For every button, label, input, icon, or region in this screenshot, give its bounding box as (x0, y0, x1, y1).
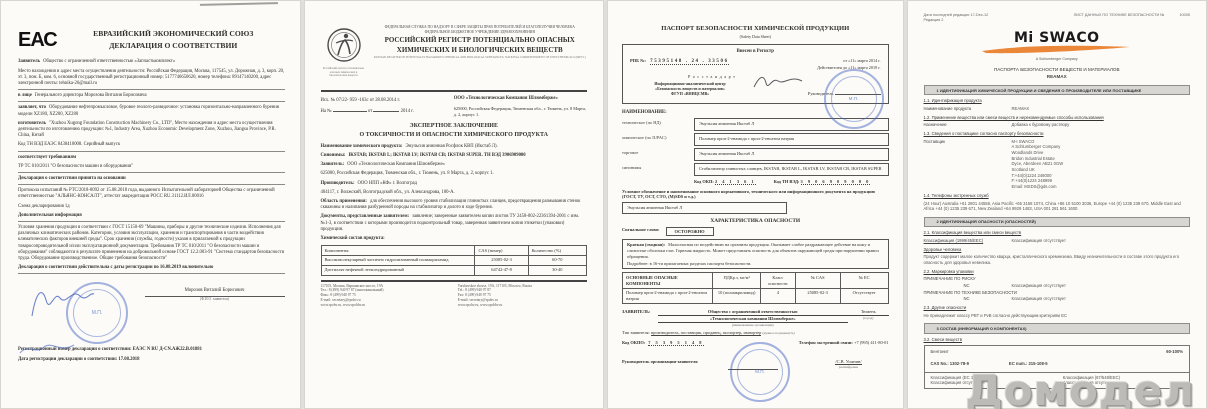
registration-number-line: Регистрационный номер декларации о соотв… (18, 347, 285, 353)
miswaco-logo: Mi SWACO A Schlumberger Company (924, 29, 1191, 61)
component-name: Бентонит (931, 349, 949, 355)
composition-table: Компоненты: CAS (номер) Количество (%) В… (321, 245, 588, 275)
codes-row: Код ОКП: 2 4 1 3 6 1 Код ТН ВЭД: 3 9 0 6… (694, 179, 889, 185)
naming-row: торговое Эмульсия анионная Икстаб Л (622, 148, 889, 161)
center-name-3: ФГУП «ВНИЦСМВ» (630, 91, 750, 96)
scan-artifact-line (199, 2, 277, 13)
globe-figure-icon (326, 27, 362, 63)
miswaco-msds-page: Дата последней редакции 17-Dec-12 Редакц… (907, 0, 1207, 409)
supplier-row: Поставщик M-I SWACO A Schlumberger Compa… (924, 139, 1191, 190)
blank-line (333, 106, 367, 112)
incoming-ref: На № от 2014 г. (321, 106, 444, 117)
table-row: Высокомолекулярный частично гидролизован… (321, 255, 587, 265)
applicant-block: ЗАЯВИТЕЛЬ: Общество с ограниченной ответ… (622, 309, 889, 327)
rpb-from-date: от «11» марта 2014 г. (791, 58, 881, 65)
registration-date-line: Дата регистрации декларации о соответств… (18, 357, 285, 363)
signer-name: Морозов Виталий Борисович (145, 288, 285, 296)
emergency-phone: +7 (995) 411-80-01 (854, 340, 889, 345)
applicant-address: Место нахождения и адрес места осуществл… (18, 69, 285, 91)
synonyms-value: IKSTAB; IKSTAB L; IKSTAB LV; IKSTAB CB; … (348, 153, 525, 158)
register-box: Внесен в Регистр РПБ №: 75395148 . 24 . … (622, 44, 889, 104)
basis-label: Декларация о соответствии принята на осн… (18, 176, 285, 185)
blank-line (373, 106, 399, 112)
incoming-mid: от (368, 109, 372, 114)
other-hazards: Не принадлежит классу PBT и PvB согласно… (924, 313, 1191, 319)
signing-block: Код ОКПО:7 5 3 9 5 1 4 8 Телефон экстрен… (622, 340, 889, 398)
register-name-en: RUSSIAN REGISTER OF POTENTIALLY HAZARDOU… (373, 56, 588, 60)
applicant-name-1: Общество с ограниченной ответственностью (658, 309, 848, 316)
declaration-header: ЕАС ЕВРАЗИЙСКИЙ ЭКОНОМИЧЕСКИЙ СОЮЗ ДЕКЛА… (18, 27, 285, 53)
emergency-phone-label: Телефон экстренной связи: (799, 340, 853, 345)
naming-row: химическое (по IUPAC) Полимер проп-2-ена… (622, 133, 889, 146)
rpb-label: РПБ №: (630, 58, 646, 63)
table-row: Полимер проп-2-енамида с проп-2-еноатом … (623, 288, 889, 303)
applicant-type-label: Тип заявителя: (622, 330, 650, 335)
register-name-2: ХИМИЧЕСКИХ И БИОЛОГИЧЕСКИХ ВЕЩЕСТВ (373, 46, 588, 55)
section-1-2: 1.2. Применение вещества или смеси вещес… (924, 115, 1191, 121)
col-class: Класс опасности (761, 273, 796, 288)
head-signature (751, 71, 805, 93)
conclusion-title-1: ЭКСПЕРТНОЕ ЗАКЛЮЧЕНИЕ (321, 122, 588, 131)
blue-scribble (18, 341, 78, 357)
signal-word-row: Сигнальное слово: ОСТОРОЖНО (622, 227, 889, 237)
section-2-bar: 2 ИДЕНТИФИКАЦИЯ ОПАСНОСТИ (ОПАСНОСТЕЙ) (924, 217, 1191, 227)
sheet-meta: Дата последней редакции 17-Dec-12 Редакц… (924, 13, 1191, 23)
component-cas: 25085-02-3 (475, 255, 528, 265)
component-name: Дистиллят нефтяной легкогидрированный (321, 265, 475, 275)
naming-row-value: Полимер проп-2-енамида с проп-2-еноатом … (694, 133, 889, 146)
round-stamp: М.П. (824, 69, 884, 129)
footer-web-ru: www.rpohv.ru, www.rpohbv.ru (321, 303, 450, 308)
basis-value: Протокола испытаний № РТС/2018-0092 от 1… (18, 188, 285, 200)
purpose-value: Добавка к буровому раствору (1012, 122, 1191, 128)
brief-label: Краткая (сводная): (627, 242, 665, 247)
in-person-value: Генерального директора Морозова Виталия … (35, 93, 147, 98)
hazard-title: ХАРАКТЕРИСТИКА ОПАСНОСТИ (622, 218, 889, 225)
incoming-year: 2014 г. (401, 109, 414, 114)
round-stamp: М.П. (730, 342, 790, 402)
city-caption: (город) (848, 316, 889, 320)
signal-word-value: ОСТОРОЖНО (666, 227, 714, 237)
passport-subtitle: (Safety Data Sheet) (622, 34, 889, 39)
product-name-value: Эмульсия анионная Росфлок КВП (Икстаб Л)… (405, 144, 497, 149)
scope-label: Область применения: (321, 199, 367, 204)
applicant-label: Заявитель: (321, 162, 345, 167)
component-qty: 60-70 (528, 255, 586, 265)
schlumberger-tagline: A Schlumberger Company (924, 57, 1191, 62)
classification-value: Классификация отсутствует (1012, 238, 1191, 244)
applicant-caption: (наименование организации) (658, 323, 848, 327)
conforms-value: ТР ТС 010/2011 "О безопасности машин и о… (18, 164, 285, 173)
manufacturer-value: "Xuzhou Xugong Foundation Construction M… (18, 121, 276, 138)
component-cas: CAS No.: 1302-78-9 (931, 361, 969, 367)
entered-in-register: Внесен в Регистр (630, 49, 881, 55)
safety-note-row: NC Классификация отсутствует (924, 296, 1191, 302)
scope-line: Область применения:для обеспечения высок… (321, 199, 588, 211)
naming-row: синонимы Стабилизатор глинистых сланцев,… (622, 163, 889, 176)
applicant-city: Тюмень (848, 309, 889, 316)
safety-nc: NC (924, 296, 1012, 302)
product-name-row: Наименование продукта REAMAX (924, 106, 1191, 112)
synonyms-label: Синонимы: (321, 153, 346, 158)
emergency-phones: (24 Hour) Australia +61 2801 44558, Asia… (924, 201, 1191, 212)
table-row: Дистиллят нефтяной легкогидрированный 64… (321, 265, 587, 275)
normative-doc-value: Эмульсия анионная Икстаб Л (622, 202, 787, 214)
product-label: Наименование продукта (924, 106, 1012, 112)
section-1-4: 1.4. Телефоны экстренных служб (924, 193, 1191, 199)
revision-number: Редакция 2 (924, 18, 989, 23)
manufacturer-label: изготовитель (18, 121, 46, 126)
safety-note-label: ПРИМЕЧАНИЕ ПО ТЕХНИКЕ БЕЗОПАСНОСТИ (924, 290, 1191, 296)
applicant-label: Заявитель (18, 59, 40, 64)
eaeu-declaration-page: ЕАС ЕВРАЗИЙСКИЙ ЭКОНОМИЧЕСКИЙ СОЮЗ ДЕКЛА… (0, 0, 301, 409)
tnved-label: Код ТН ВЭД: (774, 179, 800, 184)
health-label: Здоровье человека (924, 247, 1191, 253)
classification-label: Классификация (1999/45/EEC) (924, 238, 1012, 244)
applicant-type-value: производитель, поставщик, продавец, эксп… (651, 330, 761, 336)
applicant-type-caption: (нужное подчеркнуть) (762, 331, 794, 335)
hazard-component: Полимер проп-2-енамида с проп-2-еноатом … (623, 288, 713, 303)
divider (321, 90, 588, 92)
incoming-prefix: На № (321, 109, 332, 114)
naming-row-label: химическое (по IUPAC) (622, 133, 694, 146)
supplier-address-block: M-I SWACO A Schlumberger Company Woodlan… (1012, 139, 1191, 190)
footer-web-en: www.rpohv.ru, www.rpohbv.ru (458, 303, 587, 308)
applicant-line: Заявитель:ООО «Технологическая Компания … (321, 162, 588, 168)
product-value: REAMAX (1012, 106, 1191, 112)
passport-title: ПАСПОРТ БЕЗОПАСНОСТИ ХИМИЧЕСКОЙ ПРОДУКЦИ… (622, 25, 889, 34)
agency-line2: ФЕДЕРАЛЬНОЕ БЮДЖЕТНОЕ УЧРЕЖДЕНИЕ ЗДРАВОО… (373, 30, 588, 35)
col-pdk: ПДКр.з, мг/м³ (713, 273, 761, 288)
safety-value: Классификация отсутствует (1012, 296, 1066, 302)
documents-line: Документы, представленные заявителем:зая… (321, 214, 588, 233)
tnved-code-line: Код ТН ВЭД ЕАЭС 8430410008. Серийный вып… (18, 142, 285, 151)
synonyms-line: Синонимы:IKSTAB; IKSTAB L; IKSTAB LV; IK… (321, 153, 588, 159)
conclusion-title-2: О ТОКСИЧНОСТИ И ОПАСНОСТИ ХИМИЧЕСКОГО ПР… (321, 131, 588, 140)
producer-value: ООО НПП «КФ» г. Волгоград (358, 181, 418, 186)
head-caption: расшифровка (808, 365, 888, 369)
section-2-3: 2.3. Другие опасности (924, 305, 1191, 311)
applicant-value: ООО «Технологическая Компания Шлюмберже» (347, 162, 445, 167)
eac-logo: ЕАС (18, 27, 62, 53)
applicant-type-row: Тип заявителя: производитель, поставщик,… (622, 330, 889, 336)
product-name-line: Наименование химического продукта:Эмульс… (321, 144, 588, 150)
union-title: ЕВРАЗИЙСКИЙ ЭКОНОМИЧЕСКИЙ СОЮЗ (62, 28, 285, 40)
msds-title: ПАСПОРТА БЕЗОПАСНОСТИ ВЕЩЕСТВ И МАТЕРИАЛ… (924, 67, 1191, 73)
col-cas: CAS (номер) (475, 246, 528, 256)
addressee-name: ООО «Технологическая Компания Шлюмберже» (454, 96, 587, 102)
okpo-label: Код ОКПО: (622, 340, 645, 345)
col-quantity: Количество (%) (528, 246, 586, 256)
section-2-2: 2.2. Маркировка упаковки (924, 269, 1191, 275)
okp-code: 2 4 1 3 6 1 (715, 179, 756, 185)
risk-note-row: NC Классификация отсутствует (924, 283, 1191, 289)
declares-value: Оборудование нефтепромысловое, буровое г… (18, 105, 279, 116)
product-name-label: Наименование химического продукта: (321, 144, 403, 149)
orange-swoosh-icon (982, 45, 1132, 54)
extra-info-text: Условия хранения продукции в соответстви… (18, 225, 285, 262)
head-of-applicant-label: Руководитель организации-заявителя (622, 359, 698, 370)
section-2-1: 2.1. Классификация вещества или смеси ве… (924, 230, 1191, 236)
naming-row-value: Стабилизатор глинистых сланцев, IKSTAB, … (694, 163, 889, 176)
stamp-text: М.П. (849, 96, 859, 102)
hazard-class: 4 (761, 288, 796, 303)
addressee-address: 625000, Российская Федерация, Тюменская … (454, 106, 587, 117)
classification-row: Классификация (1999/45/EEC) Классификаци… (924, 238, 1191, 244)
purpose-row: Назначение Добавка к буровому раствору (924, 122, 1191, 128)
producer-line: Производитель:ООО НПП «КФ» г. Волгоград (321, 181, 588, 187)
okpo-code: 7 5 3 9 5 1 4 8 (648, 340, 703, 346)
sheet-number-label: ЛИСТ ДАННЫХ ПО ТЕХНИКЕ БЕЗОПАСНОСТИ № (1074, 13, 1165, 17)
scheme-line: Схема декларирования 1д (18, 204, 285, 210)
blank-line (728, 364, 778, 370)
applicant-address: 625000, Российская Федерация, Тюменская … (321, 171, 588, 177)
naming-row-label: синонимы (622, 163, 694, 176)
extra-info-label: Дополнительная информация (18, 213, 285, 222)
applicant-line: ЗаявительОбщество с ограниченной ответст… (18, 59, 285, 65)
naming-row-label: техническое (по НД) (622, 118, 694, 131)
msds-product: REAMAX (924, 74, 1191, 80)
declares-line: заявляет, чтоОборудование нефтепромыслов… (18, 105, 285, 117)
normative-doc-label: Условное обозначение и наименование осно… (622, 189, 889, 200)
sheet-number: 10005 (1179, 13, 1190, 17)
letter-footer: 117105, Москва, Варшавское шоссе, 19А Те… (321, 280, 588, 308)
col-cas: № CAS (795, 273, 840, 288)
applicant-value: Общество с ограниченной ответственностью… (43, 59, 175, 64)
declares-label: заявляет, что (18, 105, 46, 110)
signature-block: М.П. Морозов Виталий Борисович (Ф.И.О. з… (18, 280, 285, 344)
section-3-bar: 3 СОСТАВ (ИНФОРМАЦИЯ О КОМПОНЕНТАХ) (924, 323, 1191, 333)
manufacturer-line: изготовитель"Xuzhou Xugong Foundation Co… (18, 121, 285, 140)
okp-label: Код ОКП: (694, 179, 714, 184)
naming-row-value: Эмульсия анионная Икстаб Л (694, 148, 889, 161)
declaration-title: ДЕКЛАРАЦИЯ О СООТВЕТСТВИИ (62, 40, 285, 52)
section-1-bar: 1 ИДЕНТИФИКАЦИЯ ХИМИЧЕСКОЙ ПРОДУКЦИИ И С… (924, 85, 1191, 95)
section-1-3: 1.3. Сведения о поставщике согласно пасп… (924, 131, 1191, 137)
expert-conclusion-page: Российский регистр потенциально опасных … (304, 0, 605, 409)
section-3-2: 3.2. Смеси веществ (924, 337, 1191, 343)
component-name: Высокомолекулярный частично гидролизован… (321, 255, 475, 265)
purpose-label: Назначение (924, 122, 1012, 128)
component-percent: 60-100% (1166, 349, 1183, 355)
risk-note-label: ПРИМЕЧАНИЕ ПО РИСКУ (924, 276, 1191, 282)
hazard-cas: 25085-02-3 (795, 288, 840, 303)
register-name-1: РОССИЙСКИЙ РЕГИСТР ПОТЕНЦИАЛЬНО ОПАСНЫХ (373, 36, 588, 45)
applicant-name-2: «Технологическая компания Шлюмберже» (658, 316, 848, 323)
col-components: Компоненты: (321, 246, 475, 256)
brief-hazard-box: Краткая (сводная):Малоопасная по воздейс… (622, 239, 889, 269)
applicant-label: ЗАЯВИТЕЛЬ: (622, 309, 658, 327)
tnved-code: 3 9 0 6 9 0 9 0 0 0 (801, 179, 871, 185)
supplier-line: Email: MSDS@gds.com (1012, 184, 1191, 190)
in-person-line: в лицеГенерального директора Морозова Ви… (18, 93, 285, 102)
section-1-1: 1.1. Идентификация продукта (924, 98, 1191, 104)
in-person-label: в лице (18, 93, 32, 98)
risk-nc: NC (924, 283, 1012, 289)
producer-address: 404117, г. Волжский, Волгоградской обл.,… (321, 190, 588, 196)
col-hazard-components: ОСНОВНЫЕ ОПАСНЫЕ КОМПОНЕНТЫ (623, 273, 713, 288)
supplier-label: Поставщик (924, 139, 1012, 190)
hazard-components-table: ОСНОВНЫЕ ОПАСНЫЕ КОМПОНЕНТЫ ПДКр.з, мг/м… (622, 272, 889, 304)
conforms-label: соответствует требованиям (18, 155, 285, 161)
hazard-pdk: 10 (полиакриламид) (713, 288, 761, 303)
component-qty: 30-40 (528, 265, 586, 275)
component-cas: 64742-47-8 (475, 265, 528, 275)
domodel-watermark: Домодел (965, 366, 1195, 409)
letterhead: Российский регистр потенциально опасных … (321, 25, 588, 87)
producer-label: Производитель: (321, 181, 355, 186)
register-logo: Российский регистр потенциально опасных … (321, 27, 367, 77)
health-text: Продукт содержит малое количество кварца… (924, 254, 1191, 265)
stamp-text: М.П. (92, 310, 103, 317)
logo-caption: Российский регистр потенциально опасных … (321, 67, 367, 77)
validity-line: Декларация о соответствии действительна … (18, 265, 285, 274)
naming-row-label: торговое (622, 148, 694, 161)
risk-value: Классификация отсутствует (1012, 283, 1066, 289)
scanned-documents-strip: ЕАС ЕВРАЗИЙСКИЙ ЭКОНОМИЧЕСКИЙ СОЮЗ ДЕКЛА… (0, 0, 1207, 409)
safety-passport-page: ПАСПОРТ БЕЗОПАСНОСТИ ХИМИЧЕСКОЙ ПРОДУКЦИ… (607, 0, 904, 409)
round-stamp: М.П. (66, 282, 128, 344)
col-ec: № ЕС (840, 273, 888, 288)
outgoing-ref: Исх. № 07/22- 959 -163с от 28.08.2014 г. (321, 96, 444, 106)
composition-label: Химический состав продукта: (321, 236, 588, 242)
documents-label: Документы, представленные заявителем: (321, 214, 410, 219)
brief-more: Подробнее: в 16-ти прилагаемых разделах … (627, 261, 884, 267)
signer-caption: (Ф.И.О. заявителя) (145, 297, 285, 302)
hazard-ec: Отсутствует (840, 288, 888, 303)
rpb-number: 75395148 . 24 . 33506 (650, 59, 729, 65)
signal-word-label: Сигнальное слово: (622, 227, 660, 237)
